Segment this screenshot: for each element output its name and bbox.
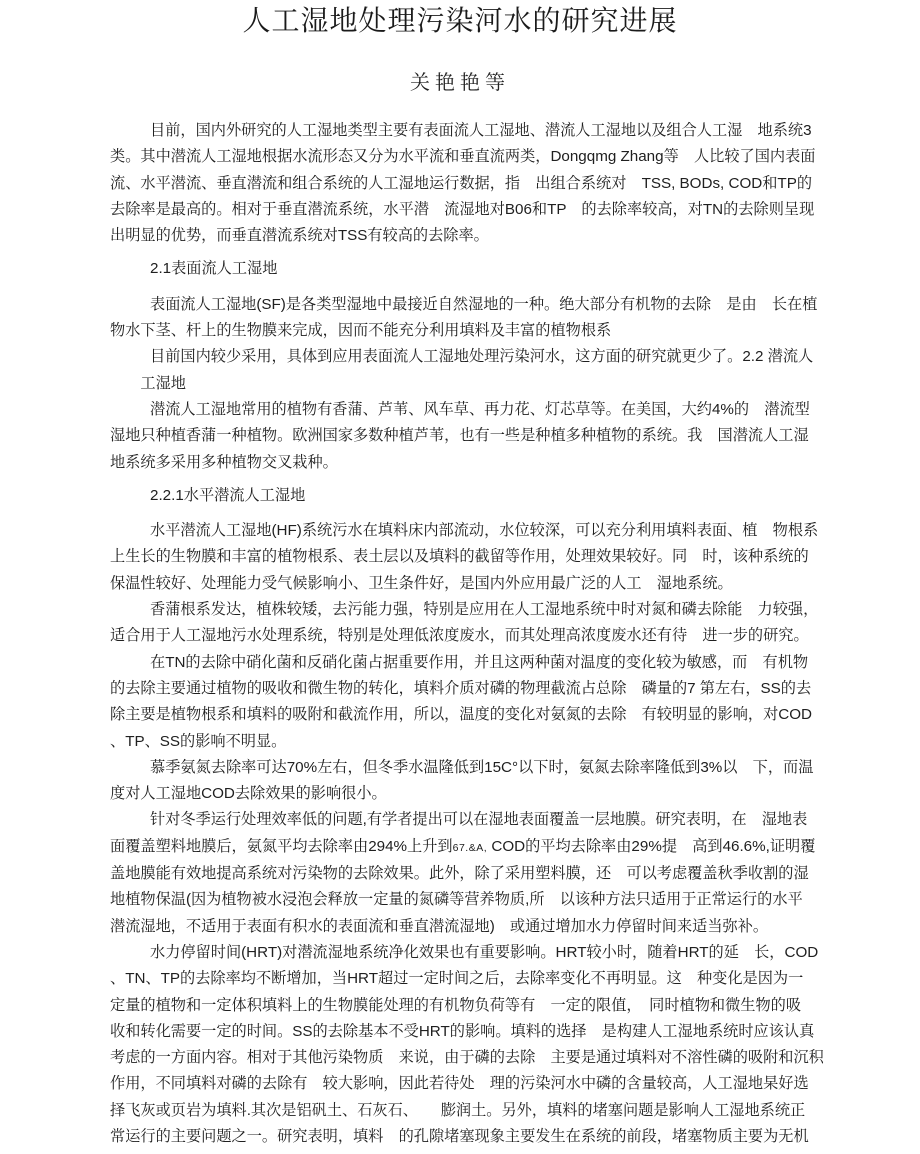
author-line: 关艳艳等 (0, 70, 920, 96)
winter-cover-ocr-fragment: 67.&A, (453, 842, 488, 854)
paragraph-hf-system: 水平潜流人工湿地(HF)系统污水在填料床内部流动，水位较深，可以充分利用填料表面… (110, 518, 855, 597)
document-body: 目前，国内外研究的人工湿地类型主要有表面流人工湿地、潜流人工湿地以及组合人工湿 … (110, 118, 855, 1150)
paragraph-surface-flow-2: 目前国内较少采用，具体到应用表面流人工湿地处理污染河水，这方面的研究就更少了。2… (110, 344, 855, 397)
paragraph-hrt-media: 水力停留时间(HRT)对潜流湿地系统净化效果也有重要影响。HRT较小时，随着HR… (110, 940, 855, 1150)
paragraph-surface-flow-1: 表面流人工湿地(SF)是各类型湿地中最接近自然湿地的一种。绝大部分有机物的去除 … (110, 292, 855, 345)
paragraph-tn-removal: 在TN的去除中硝化菌和反硝化菌占据重要作用，并且这两种菌对温度的变化较为敏感，而… (110, 650, 855, 755)
document-page: 人工湿地处理污染河水的研究进展 关艳艳等 目前，国内外研究的人工湿地类型主要有表… (0, 0, 920, 1154)
paragraph-intro: 目前，国内外研究的人工湿地类型主要有表面流人工湿地、潜流人工湿地以及组合人工湿 … (110, 118, 855, 249)
paragraph-winter-cover: 针对冬季运行处理效率低的问题,有学者提出可以在湿地表面覆盖一层地膜。研究表明，在… (110, 807, 855, 939)
paragraph-season-effect: 慕季氨氮去除率可达70%左右，但冬季水温隆低到15C°以下时，氨氮去除率隆低到3… (110, 755, 855, 808)
section-heading-2-2-1: 2.2.1水平潜流人工湿地 (110, 483, 855, 509)
paragraph-subsurface-plants: 潜流人工湿地常用的植物有香蒲、芦苇、风车草、再力花、灯芯草等。在美国，大约4%的… (110, 397, 855, 476)
paragraph-cattail: 香蒲根系发达，植株较矮，去污能力强，特别是应用在人工湿地系统中时对氮和磷去除能 … (110, 597, 855, 650)
document-title: 人工湿地处理污染河水的研究进展 (0, 2, 920, 40)
section-heading-2-1: 2.1表面流人工湿地 (110, 256, 855, 282)
